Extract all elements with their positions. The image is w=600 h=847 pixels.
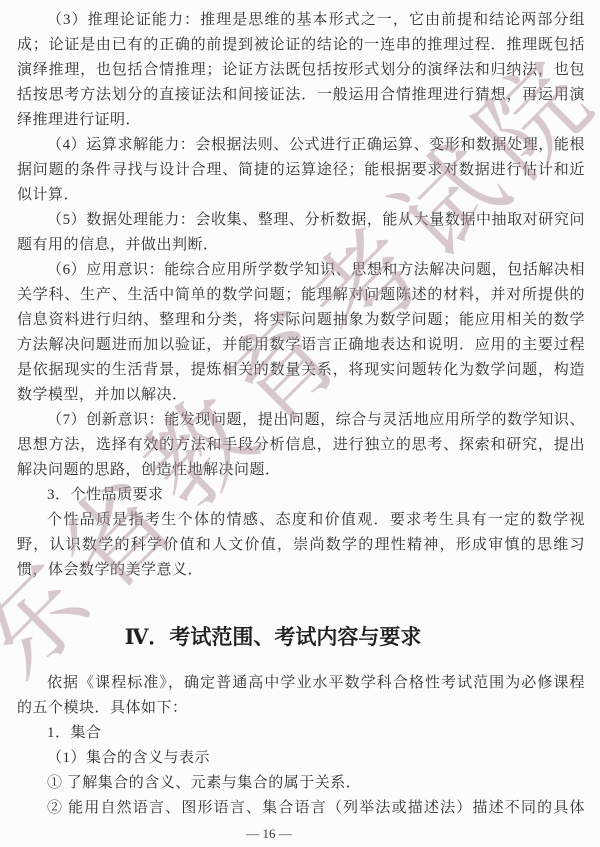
text-line: 依据《课程标准》，确定普通高中学业水平数学科合格性考试范围为必修课程 [17, 671, 585, 696]
text-line: 括按思考方法划分的直接证法和间接证法．一般运用合情推理进行猜想，再运用演 [17, 83, 585, 108]
text-line: 惯，体会数学的美学意义． [17, 558, 585, 583]
text-line: ① 了解集合的含义、元素与集合的属于关系． [17, 771, 585, 796]
exam-scope-paragraphs: 依据《课程标准》，确定普通高中学业水平数学科合格性考试范围为必修课程的五个模块．… [17, 671, 585, 821]
abilities-paragraphs: （3）推理论证能力：推理是思维的基本形式之一，它由前提和结论两部分组成；论证是由… [17, 8, 585, 583]
text-line: 数学模型，并加以解决． [17, 383, 585, 408]
text-line: 1．集合 [17, 721, 585, 746]
text-line: 成；论证是由已有的正确的前提到被论证的结论的一连串的推理过程．推理既包括 [17, 33, 585, 58]
text-line: 绎推理进行证明． [17, 108, 585, 133]
text-line: （5）数据处理能力：会收集、整理、分析数据，能从大量数据中抽取对研究问 [17, 208, 585, 233]
text-line: 关学科、生产、生活中简单的数学问题；能理解对问题陈述的材料，并对所提供的 [17, 283, 585, 308]
text-line: 思想方法，选择有效的方法和手段分析信息，进行独立的思考、探索和研究，提出 [17, 433, 585, 458]
text-line: 演绎推理，也包括合情推理；论证方法既包括按形式划分的演绎法和归纳法，也包 [17, 58, 585, 83]
text-line: 据问题的条件寻找与设计合理、简捷的运算途径；能根据要求对数据进行估计和近 [17, 158, 585, 183]
text-line: 3．个性品质要求 [17, 483, 585, 508]
text-line: ② 能用自然语言、图形语言、集合语言（列举法或描述法）描述不同的具体 [17, 796, 585, 821]
section-heading: Ⅳ．考试范围、考试内容与要求 [0, 622, 557, 652]
text-line: 解决问题的思路，创造性地解决问题． [17, 458, 585, 483]
text-line: 野，认识数学的科学价值和人文价值，崇尚数学的理性精神，形成审慎的思维习 [17, 533, 585, 558]
text-line: （7）创新意识：能发现问题，提出问题，综合与灵活地应用所学的数学知识、 [17, 408, 585, 433]
text-line: 似计算． [17, 183, 585, 208]
text-line: 方法解决问题进而加以验证，并能用数学语言正确地表达和说明．应用的主要过程 [17, 333, 585, 358]
text-line: 个性品质是指考生个体的情感、态度和价值观．要求考生具有一定的数学视 [17, 508, 585, 533]
document-page: （3）推理论证能力：推理是思维的基本形式之一，它由前提和结论两部分组成；论证是由… [0, 0, 600, 847]
page-content: （3）推理论证能力：推理是思维的基本形式之一，它由前提和结论两部分组成；论证是由… [17, 8, 585, 843]
text-line: （4）运算求解能力：会根据法则、公式进行正确运算、变形和数据处理，能根 [17, 133, 585, 158]
text-line: 信息资料进行归纳、整理和分类，将实际问题抽象为数学问题；能应用相关的数学 [17, 308, 585, 333]
page-number: — 16 — [0, 825, 553, 843]
text-line: 的五个模块．具体如下： [17, 696, 585, 721]
text-line: 是依据现实的生活背景，提炼相关的数量关系，将现实问题转化为数学问题，构造 [17, 358, 585, 383]
text-line: 题有用的信息，并做出判断． [17, 233, 585, 258]
text-line: （6）应用意识：能综合应用所学数学知识、思想和方法解决问题，包括解决相 [17, 258, 585, 283]
text-line: （1）集合的含义与表示 [17, 746, 585, 771]
text-line: （3）推理论证能力：推理是思维的基本形式之一，它由前提和结论两部分组 [17, 8, 585, 33]
